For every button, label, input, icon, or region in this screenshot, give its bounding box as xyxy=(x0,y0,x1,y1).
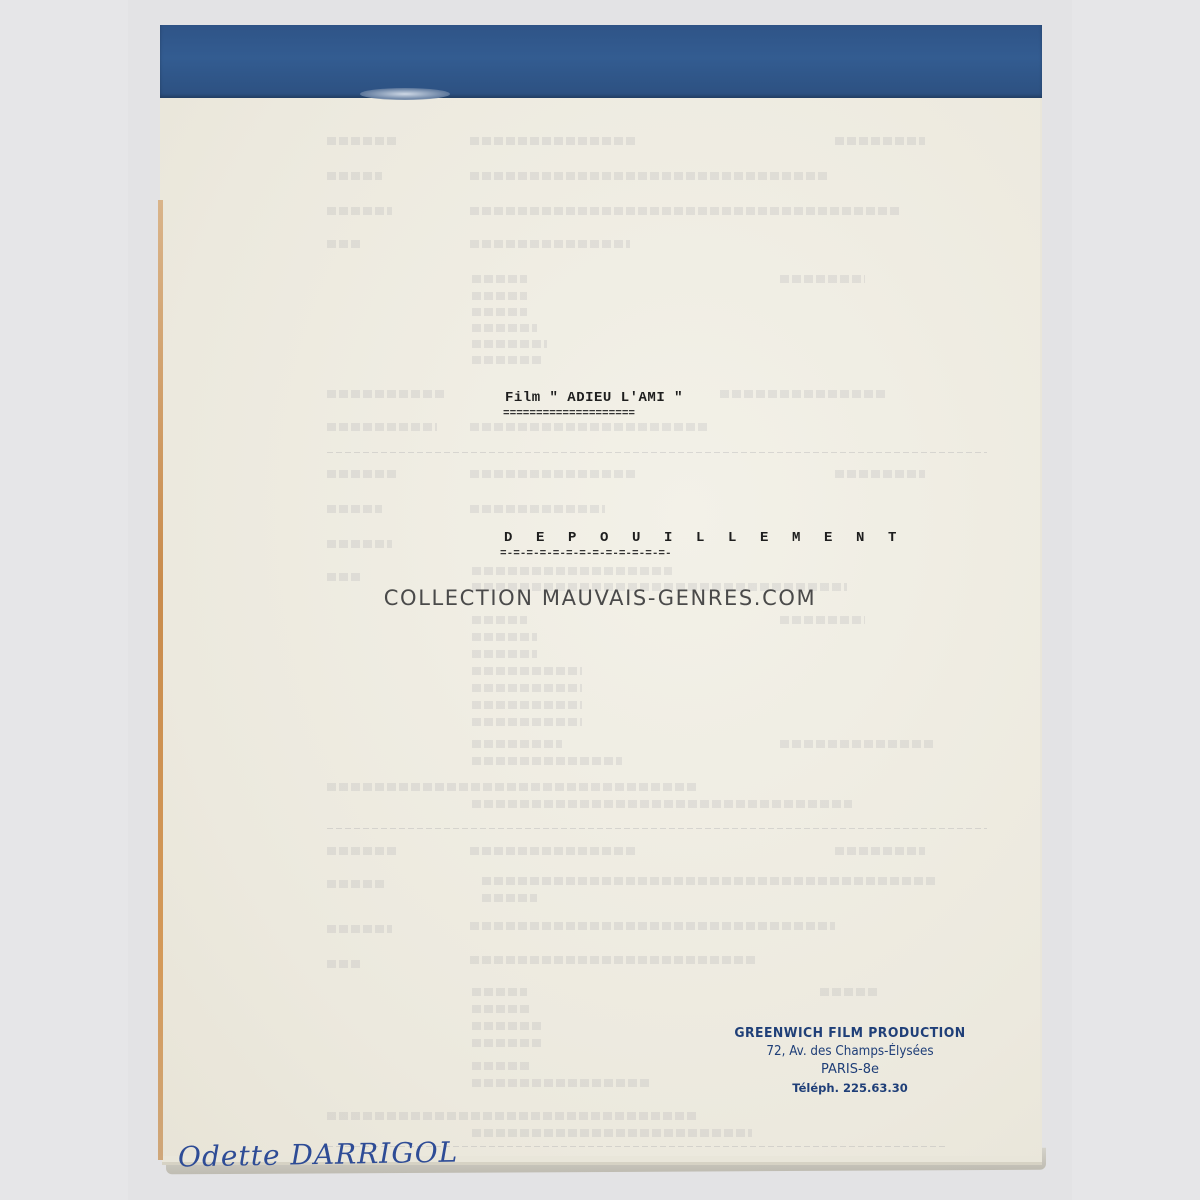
handwritten-name: Odette DARRIGOL xyxy=(178,1136,459,1174)
stamp-phone: Téléph. 225.63.30 xyxy=(720,1081,980,1095)
notepad-spine xyxy=(158,200,163,1160)
section-title-underline: =-=-=-=-=-=-=-=-=-=-=-=-=- xyxy=(500,548,672,560)
blue-binding-tape xyxy=(160,25,1042,98)
film-title: Film " ADIEU L'AMI " xyxy=(505,390,683,406)
tape-reflection xyxy=(360,88,450,100)
watermark: COLLECTION MAUVAIS-GENRES.COM xyxy=(0,586,1200,610)
stamp-company: GREENWICH FILM PRODUCTION xyxy=(730,1025,969,1041)
stamp-address: 72, Av. des Champs-Élysées xyxy=(730,1044,969,1059)
stamp-city: PARIS-8e xyxy=(720,1062,980,1077)
film-title-underline: ==================== xyxy=(503,408,635,420)
notepad-front-page xyxy=(160,88,1040,1156)
production-company-stamp: GREENWICH FILM PRODUCTION 72, Av. des Ch… xyxy=(720,1025,980,1095)
section-title: D E P O U I L L E M E N T xyxy=(504,530,904,546)
